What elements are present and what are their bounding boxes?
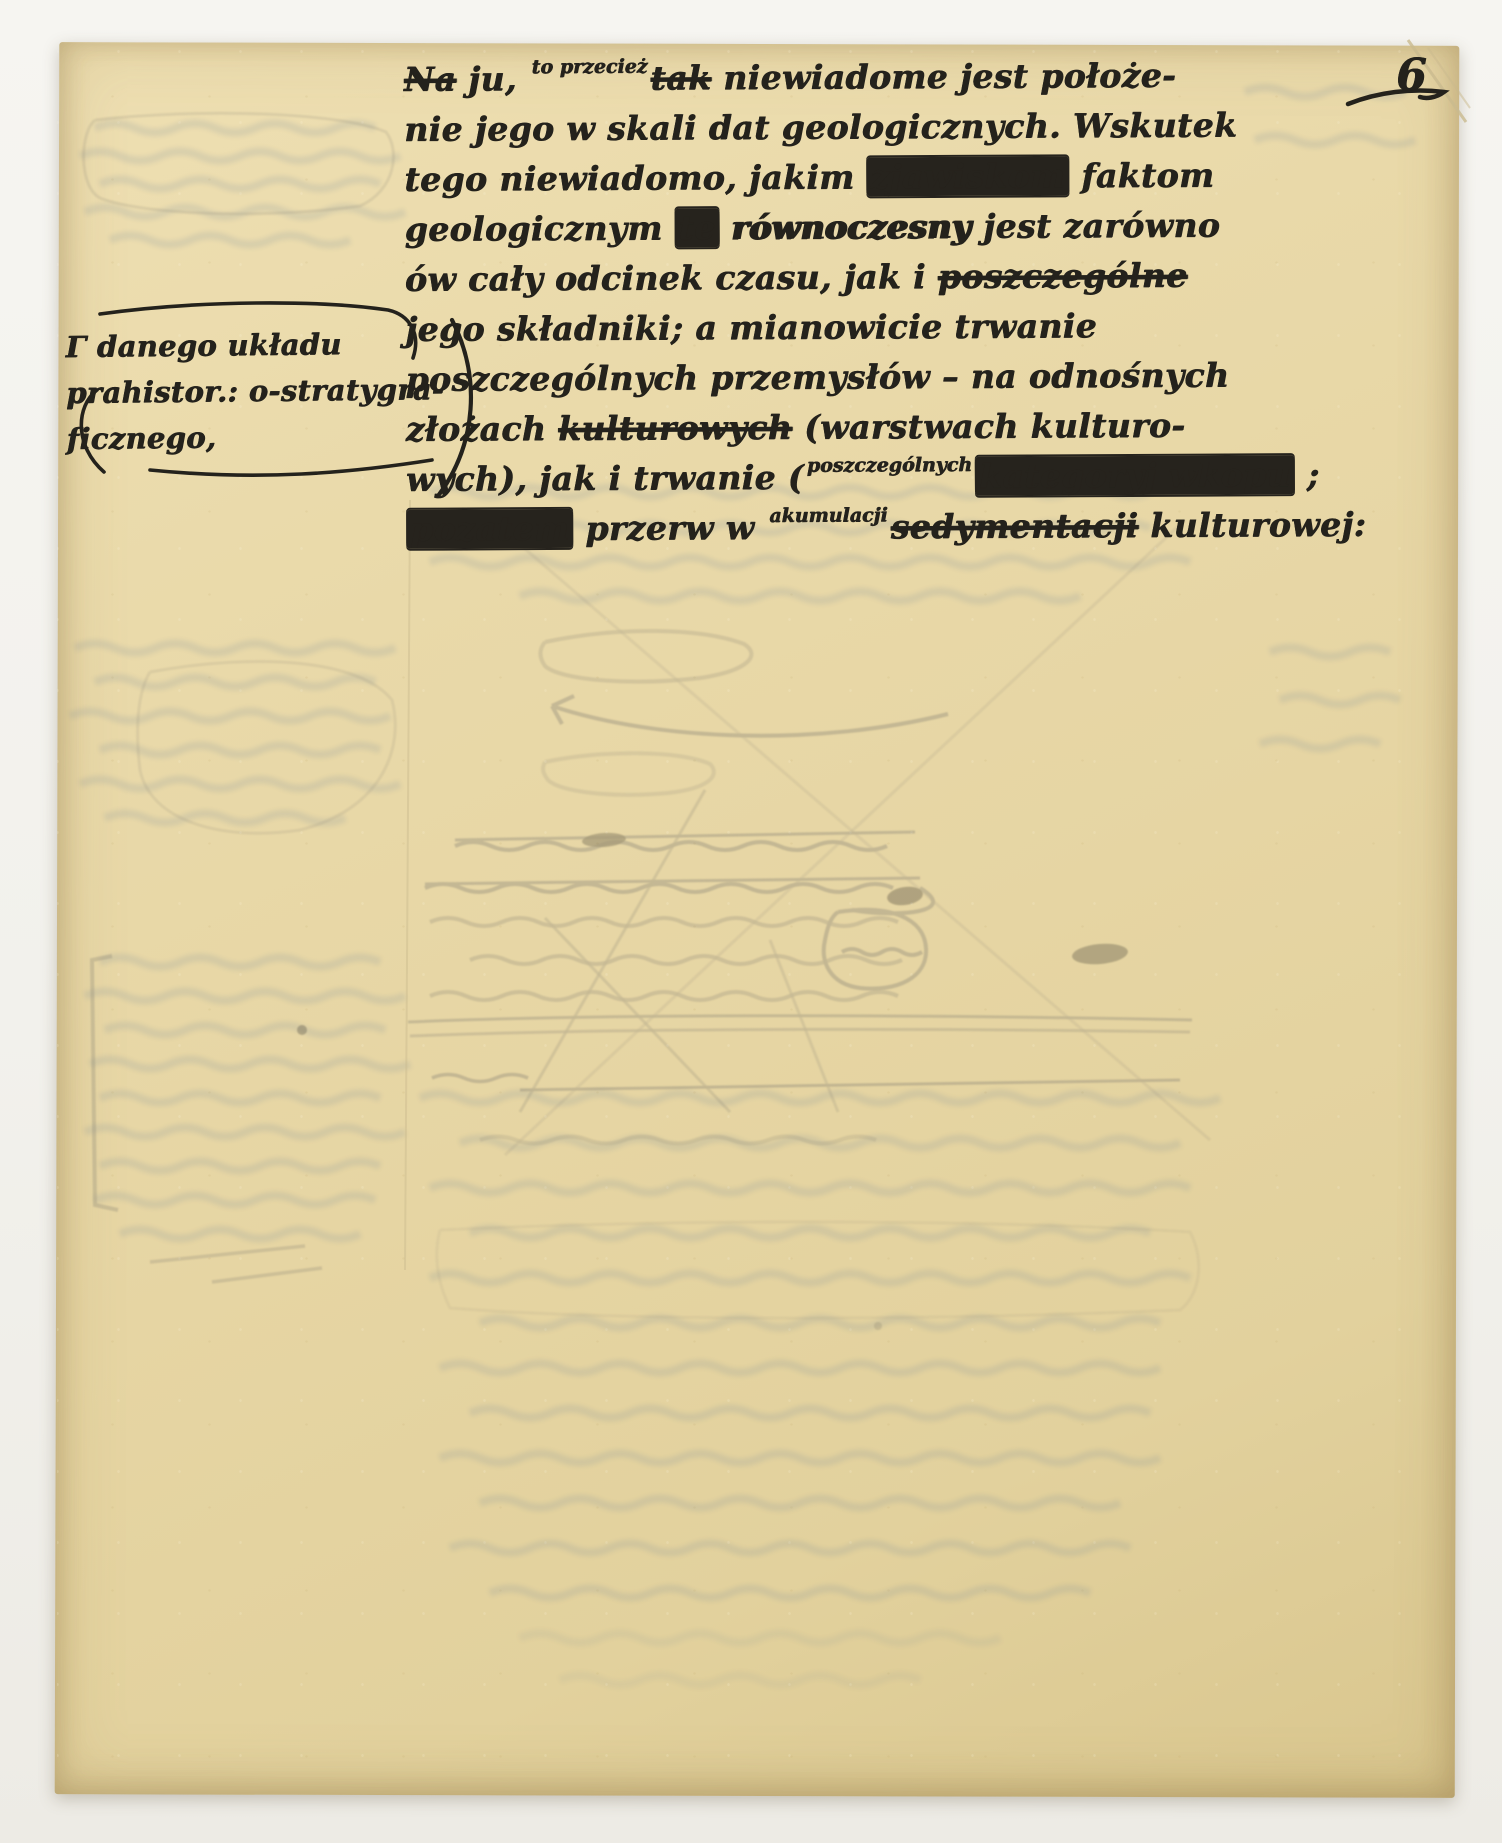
manuscript-segment-plain: (warstwach kulturo-	[792, 406, 1185, 447]
manuscript-segment-plain: niewiadome jest położe-	[711, 56, 1176, 97]
manuscript-line: tego niewiadomo, jakim zjawiskom faktom	[404, 149, 1464, 205]
manuscript-segment-plain: geologicznym	[405, 208, 675, 248]
manuscript-segment-overwrite: równoczesny	[731, 207, 971, 247]
manuscript-segment-strike: sedymentacji	[891, 506, 1139, 546]
manuscript-segment-plain: ;	[1295, 455, 1320, 494]
manuscript-segment-plain: jest zarówno	[971, 206, 1220, 246]
manuscript-segment-blackout: pozatem	[406, 509, 573, 549]
manuscript-segment-plain: faktom	[1069, 156, 1214, 196]
manuscript-line: Na ju, to przecieżtak niewiadome jest po…	[404, 49, 1464, 105]
manuscript-line: pozatem przerw w akumulacjisedymentacji …	[406, 499, 1466, 555]
manuscript-segment-strike: Na	[404, 60, 457, 99]
page-number: 6	[1396, 50, 1427, 101]
margin-note-line: prahistor.: o-stratygra-	[66, 366, 438, 416]
margin-note: Γ danego układu prahistor.: o-stratygra-…	[65, 320, 438, 462]
manuscript-segment-plain: jego składniki; a mianowicie trwanie	[405, 306, 1097, 349]
manuscript-segment-strike: tak	[650, 58, 711, 97]
manuscript-segment-plain: wych), jak i trwanie (	[406, 458, 804, 499]
manuscript-segment-insert: to przecież	[531, 57, 647, 78]
manuscript-segment-plain: nie jego w skali dat geologicznych. Wsku…	[404, 105, 1237, 148]
manuscript-line: nie jego w skali dat geologicznych. Wsku…	[404, 99, 1464, 155]
manuscript-segment-insert: akumulacji	[769, 505, 888, 526]
manuscript-segment-plain: ów cały odcinek czasu, jak i	[405, 257, 938, 299]
manuscript-line: jego składniki; a mianowicie trwanie	[405, 299, 1465, 355]
manuscript-segment-blackout: zjawiskom	[866, 156, 1069, 196]
manuscript-segment-blackout: te	[674, 208, 719, 247]
scanned-manuscript-page: Na ju, to przecieżtak niewiadome jest po…	[0, 0, 1502, 1843]
manuscript-line: ów cały odcinek czasu, jak i poszczególn…	[405, 249, 1465, 305]
margin-note-line: ficznego,	[66, 412, 438, 462]
manuscript-segment-plain: poszczególnych przemysłów – na odnośnych	[405, 355, 1229, 398]
manuscript-segment-plain: kulturowej:	[1138, 505, 1366, 545]
manuscript-segment-strike: poszczególne	[938, 256, 1188, 296]
manuscript-line: wych), jak i trwanie (poszczególnychkate…	[406, 449, 1466, 505]
manuscript-lines: Na ju, to przecieżtak niewiadome jest po…	[404, 49, 1467, 555]
manuscript-segment-plain	[719, 208, 731, 247]
manuscript-line: geologicznym te równoczesny jest zarówno	[404, 199, 1464, 255]
manuscript-segment-plain: tego niewiadomo, jakim	[404, 157, 866, 198]
manuscript-segment-insert: poszczególnych	[807, 455, 972, 476]
manuscript-segment-plain: ju,	[456, 59, 529, 98]
manuscript-segment-blackout: kategoryj wkopu	[975, 455, 1295, 496]
manuscript-line: poszczególnych przemysłów – na odnośnych	[405, 349, 1465, 405]
manuscript-line: złożach kulturowych (warstwach kulturo-	[406, 399, 1466, 455]
manuscript-segment-strike: kulturowych	[558, 408, 792, 448]
margin-note-line: Γ danego układu	[65, 320, 437, 370]
manuscript-segment-plain: przerw w	[573, 508, 766, 548]
